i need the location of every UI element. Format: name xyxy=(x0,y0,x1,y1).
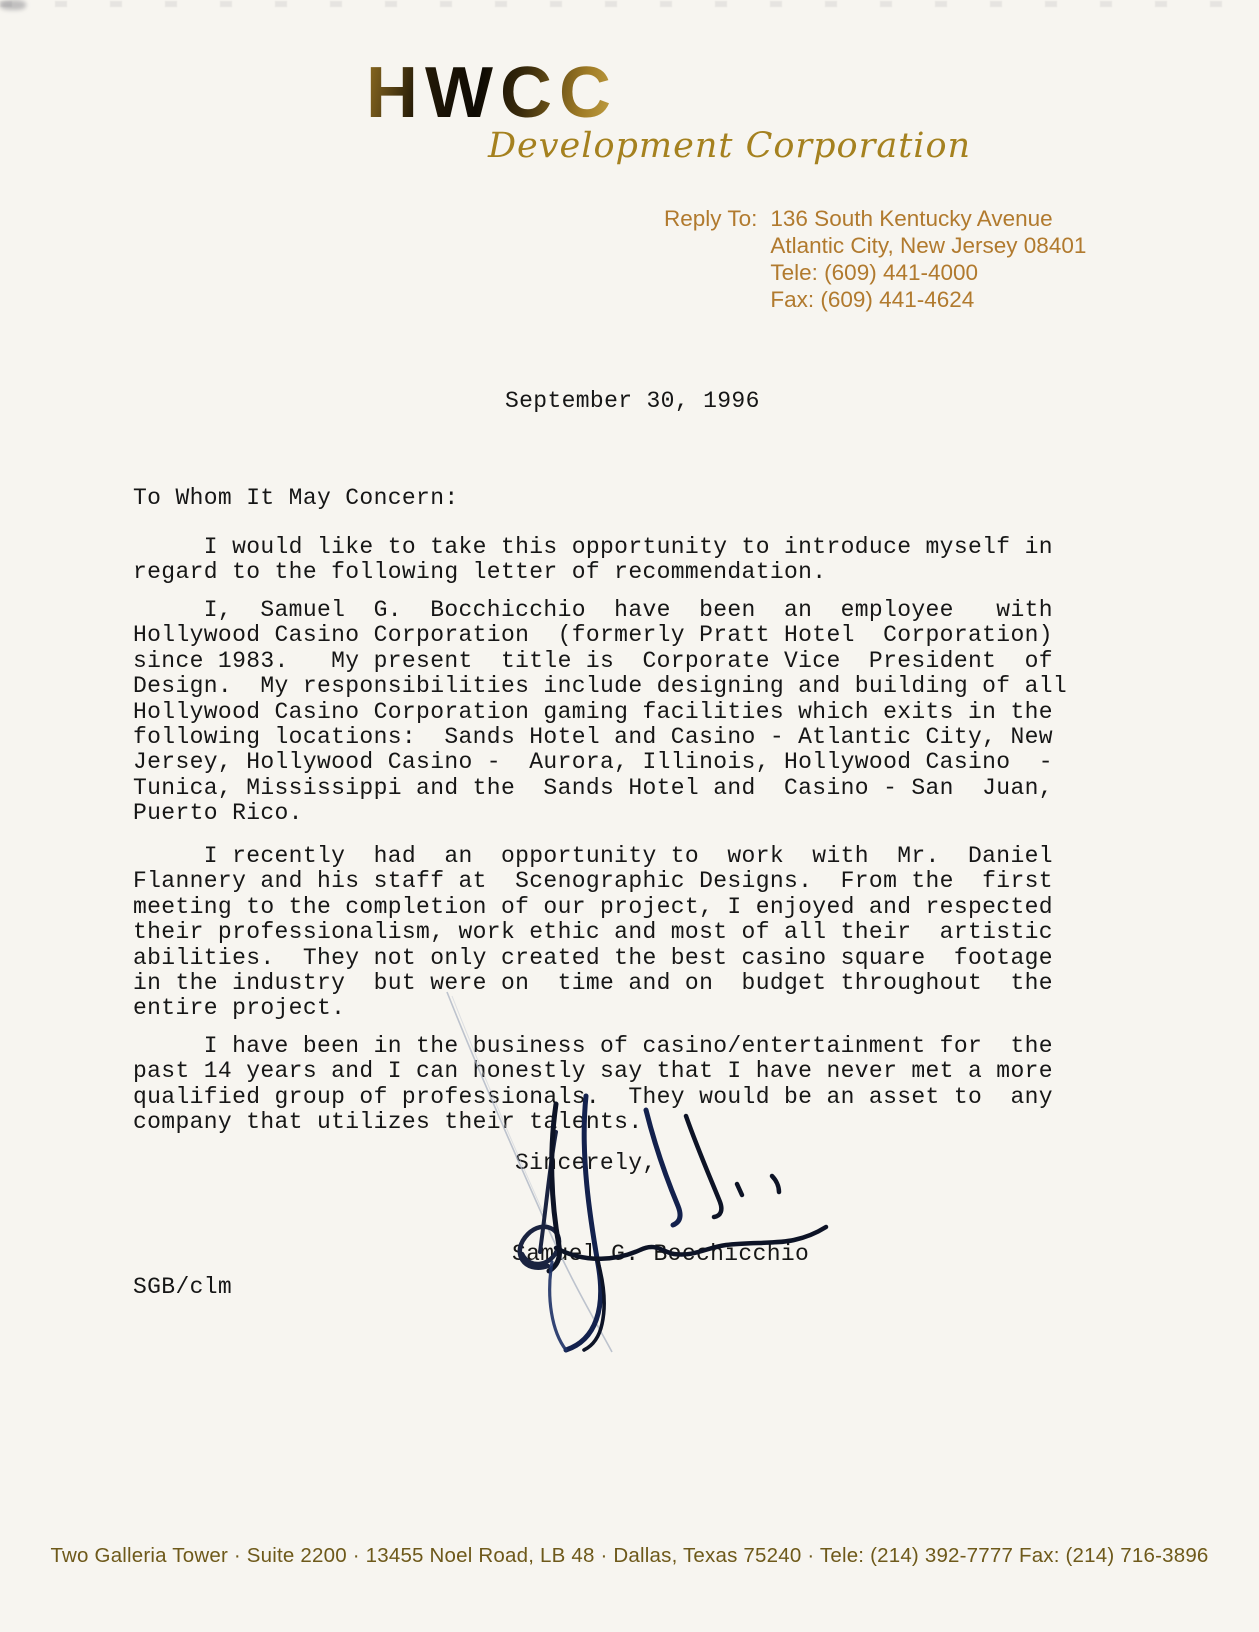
scan-corner-smudge xyxy=(0,0,26,10)
logo-script-text: Development Corporation xyxy=(488,124,971,168)
date-line: September 30, 1996 xyxy=(505,389,760,414)
footer-address: Two Galleria Tower · Suite 2200 · 13455 … xyxy=(0,1544,1259,1568)
body-paragraph-3: I recently had an opportunity to work wi… xyxy=(133,844,1053,1022)
salutation: To Whom It May Concern: xyxy=(133,486,459,511)
body-paragraph-1: I would like to take this opportunity to… xyxy=(133,535,1053,586)
letter-page: HWCC Development Corporation Reply To: 1… xyxy=(0,0,1259,1632)
hwcc-logo: HWCC xyxy=(366,58,618,128)
scan-artifact-strip xyxy=(0,1,1259,7)
closing-line: Sincerely, xyxy=(515,1151,657,1176)
body-paragraph-4: I have been in the business of casino/en… xyxy=(133,1034,1053,1136)
body-paragraph-2: I, Samuel G. Bocchicchio have been an em… xyxy=(133,598,1067,827)
reply-to-block: Reply To: 136 South Kentucky Avenue Atla… xyxy=(664,205,1086,313)
reference-initials: SGB/clm xyxy=(133,1275,232,1300)
signer-name: Samuel G. Bocchicchio xyxy=(512,1242,809,1267)
reply-to-lines: 136 South Kentucky Avenue Atlantic City,… xyxy=(770,205,1086,313)
reply-to-label: Reply To: xyxy=(664,205,757,313)
